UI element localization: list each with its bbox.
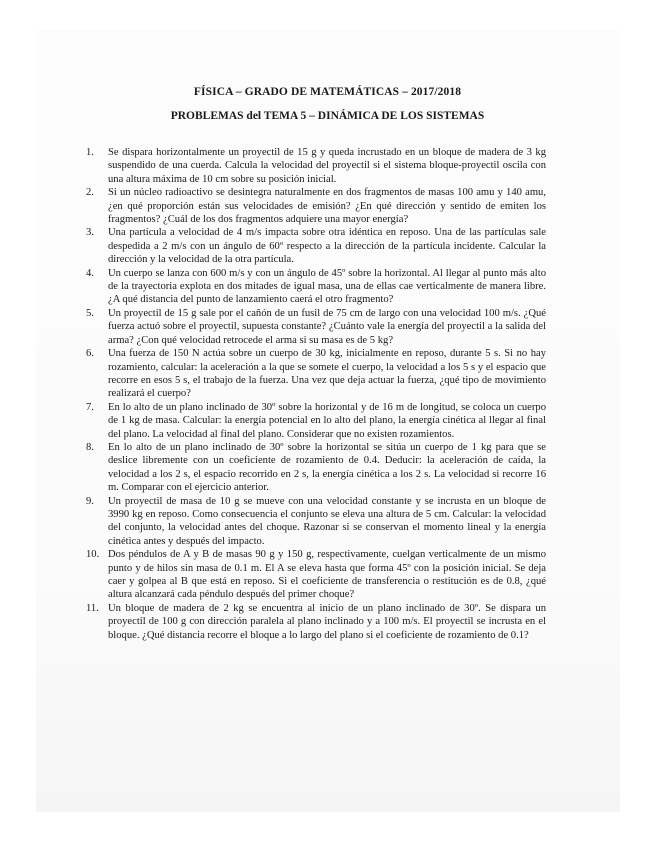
problem-number: 9. <box>86 495 94 508</box>
problem-number: 10. <box>86 548 99 561</box>
problem-text: Se dispara horizontalmente un proyectil … <box>108 147 546 185</box>
problem-text: Una partícula a velocidad de 4 m/s impac… <box>108 227 546 265</box>
problem-item: 7.En lo alto de un plano inclinado de 30… <box>86 401 546 441</box>
problem-item: 9.Un proyectil de masa de 10 g se mueve … <box>86 495 546 549</box>
problem-text: Si un núcleo radioactivo se desintegra n… <box>108 187 546 225</box>
problem-item: 11.Un bloque de madera de 2 kg se encuen… <box>86 602 546 642</box>
document-subtitle: PROBLEMAS del TEMA 5 – DINÁMICA DE LOS S… <box>0 110 655 122</box>
problem-number: 8. <box>86 441 94 454</box>
problem-item: 3.Una partícula a velocidad de 4 m/s imp… <box>86 226 546 266</box>
problem-number: 1. <box>86 146 94 159</box>
problem-item: 8.En lo alto de un plano inclinado de 30… <box>86 441 546 495</box>
problem-text: Un proyectil de masa de 10 g se mueve co… <box>108 496 546 547</box>
problem-number: 7. <box>86 401 94 414</box>
problem-item: 2.Si un núcleo radioactivo se desintegra… <box>86 186 546 226</box>
problem-item: 5.Un proyectil de 15 g sale por el cañón… <box>86 307 546 347</box>
problem-text: Una fuerza de 150 N actúa sobre un cuerp… <box>108 348 546 399</box>
problem-number: 2. <box>86 186 94 199</box>
problem-number: 5. <box>86 307 94 320</box>
problem-text: Un bloque de madera de 2 kg se encuentra… <box>108 603 546 641</box>
problem-number: 3. <box>86 226 94 239</box>
problem-item: 4.Un cuerpo se lanza con 600 m/s y con u… <box>86 267 546 307</box>
problem-item: 1.Se dispara horizontalmente un proyecti… <box>86 146 546 186</box>
problem-item: 6.Una fuerza de 150 N actúa sobre un cue… <box>86 347 546 401</box>
problem-number: 4. <box>86 267 94 280</box>
problem-text: En lo alto de un plano inclinado de 30º … <box>108 402 546 440</box>
problem-text: Un proyectil de 15 g sale por el cañón d… <box>108 308 546 346</box>
problem-text: Dos péndulos de A y B de masas 90 g y 15… <box>108 549 546 600</box>
problem-number: 11. <box>86 602 99 615</box>
problem-text: En lo alto de un plano inclinado de 30º … <box>108 442 546 493</box>
problem-number: 6. <box>86 347 94 360</box>
problem-list: 1.Se dispara horizontalmente un proyecti… <box>86 146 546 642</box>
problem-item: 10.Dos péndulos de A y B de masas 90 g y… <box>86 548 546 602</box>
problem-text: Un cuerpo se lanza con 600 m/s y con un … <box>108 268 546 306</box>
document-title: FÍSICA – GRADO DE MATEMÁTICAS – 2017/201… <box>0 86 655 98</box>
